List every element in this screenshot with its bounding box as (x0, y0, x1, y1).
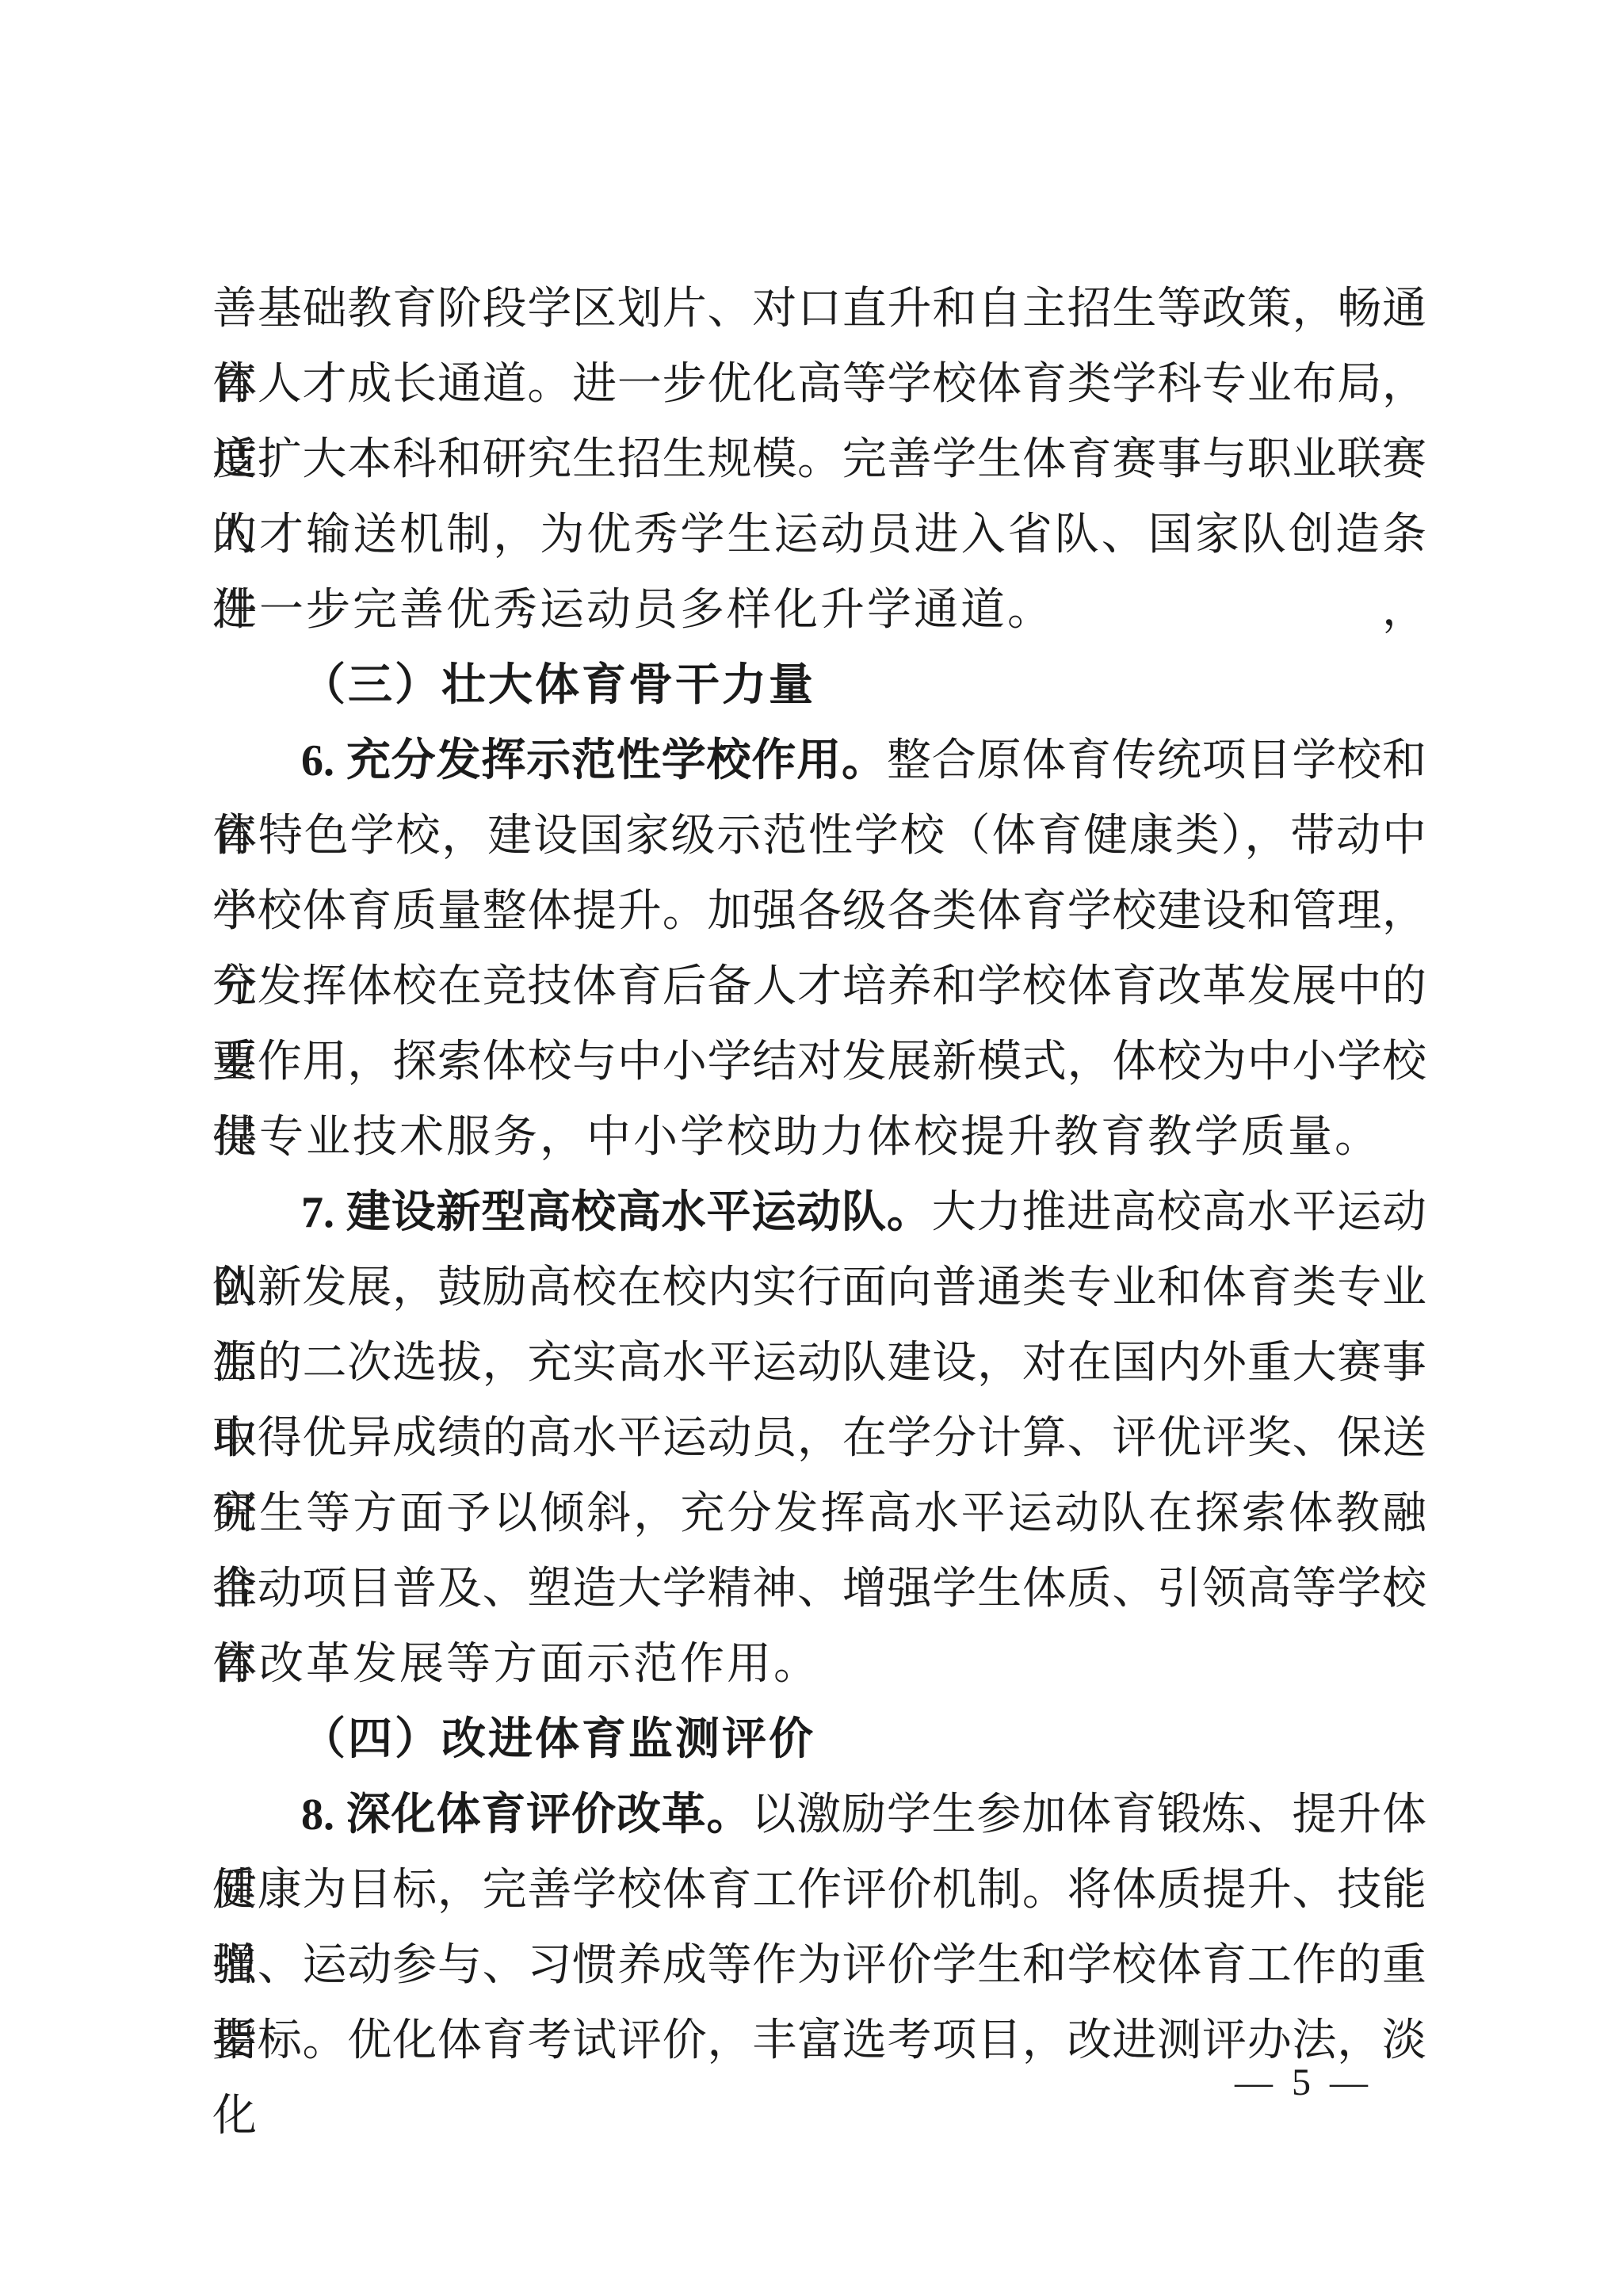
text-line: 人才输送机制，为优秀学生运动员进入省队、国家队创造条件， (212, 498, 1426, 573)
text-segment-bold: 7. 建设新型高校高水平运动队。 (301, 1188, 932, 1237)
text-line: 分发挥体校在竞技体育后备人才培养和学校体育改革发展中的重 (212, 949, 1426, 1025)
text-line: 育改革发展等方面示范作用。 (212, 1627, 1426, 1702)
text-line: 学校体育质量整体提升。加强各级各类体育学校建设和管理，充 (212, 874, 1426, 949)
text-line: 育人才成长通道。进一步优化高等学校体育类学科专业布局，适 (212, 347, 1426, 422)
text-line: （三）壮大体育骨干力量 (212, 648, 1426, 724)
text-line: 7. 建设新型高校高水平运动队。大力推进高校高水平运动队 (212, 1175, 1426, 1251)
text-line: 强、运动参与、习惯养成等作为评价学生和学校体育工作的重要 (212, 1928, 1426, 2004)
text-line: 取得优异成绩的高水平运动员，在学分计算、评优评奖、保送研 (212, 1401, 1426, 1477)
text-line: 度扩大本科和研究生招生规模。完善学生体育赛事与职业联赛的 (212, 422, 1426, 498)
text-segment-bold: 8. 深化体育评价改革。 (301, 1790, 751, 1839)
text-segment-bold: （三）壮大体育骨干力量 (301, 661, 815, 710)
text-line: 推动项目普及、塑造大学精神、增强学生体质、引领高等学校体 (212, 1552, 1426, 1627)
text-line: 创新发展，鼓励高校在校内实行面向普通类专业和体育类专业生 (212, 1251, 1426, 1326)
text-line: 究生等方面予以倾斜，充分发挥高水平运动队在探索体教融合、 (212, 1477, 1426, 1552)
text-line: 健康为目标，完善学校体育工作评价机制。将体质提升、技能增 (212, 1853, 1426, 1928)
text-line: 要作用，探索体校与中小学结对发展新模式，体校为中小学校提 (212, 1025, 1426, 1100)
text-line: 善基础教育阶段学区划片、对口直升和自主招生等政策，畅通体 (212, 272, 1426, 347)
text-line: （四）改进体育监测评价 (212, 1702, 1426, 1778)
text-segment: 进一步完善优秀运动员多样化升学通道。 (212, 586, 1054, 635)
text-line: 育特色学校，建设国家级示范性学校（体育健康类），带动中小 (212, 799, 1426, 874)
text-line: 供专业技术服务，中小学校助力体校提升教育教学质量。 (212, 1100, 1426, 1175)
page-number: — 5 — (1235, 2054, 1373, 2111)
text-line: 8. 深化体育评价改革。以激励学生参加体育锻炼、提升体质 (212, 1778, 1426, 1853)
text-line: 6. 充分发挥示范性学校作用。整合原体育传统项目学校和体 (212, 724, 1426, 799)
text-segment: 供专业技术服务，中小学校助力体校提升教育教学质量。 (212, 1113, 1381, 1162)
document-page: 善基础教育阶段学区划片、对口直升和自主招生等政策，畅通体育人才成长通道。进一步优… (0, 0, 1623, 2296)
text-segment-bold: 6. 充分发挥示范性学校作用。 (301, 736, 887, 785)
text-segment: 育改革发展等方面示范作用。 (212, 1640, 820, 1689)
text-block: 善基础教育阶段学区划片、对口直升和自主招生等政策，畅通体育人才成长通道。进一步优… (212, 272, 1426, 2079)
text-segment-bold: （四）改进体育监测评价 (301, 1715, 815, 1764)
text-line: 源的二次选拔，充实高水平运动队建设，对在国内外重大赛事中 (212, 1326, 1426, 1401)
